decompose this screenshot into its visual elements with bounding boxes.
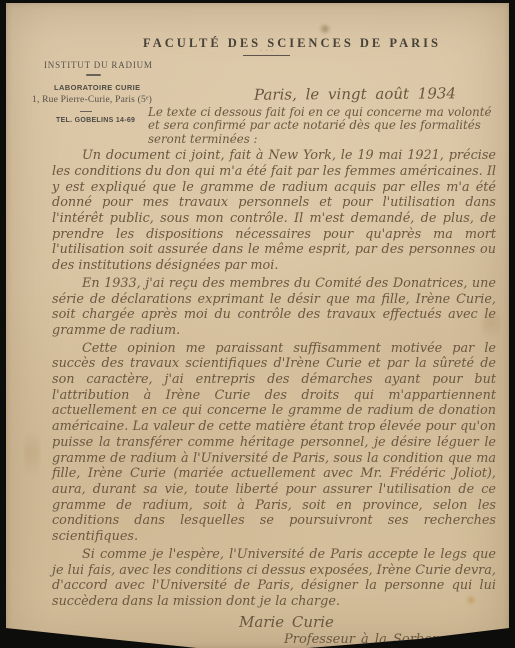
paper-stain — [318, 24, 332, 34]
faculty-title: FACULTÉ DES SCIENCES DE PARIS — [143, 36, 441, 51]
letter-paragraph: Cette opinion me paraissant suffisamment… — [52, 341, 496, 545]
paper-stain — [466, 595, 476, 605]
paper-stain — [24, 423, 40, 483]
paper-stain — [481, 303, 501, 343]
ornament-dots: · · · — [260, 48, 274, 54]
date-line: Paris, le vingt août 1934 — [254, 84, 456, 103]
paper-sheet: FACULTÉ DES SCIENCES DE PARIS · · · INST… — [6, 3, 509, 648]
laboratory-address: 1, Rue Pierre-Curie, Paris (5ᵉ) — [32, 95, 152, 105]
institute-name: INSTITUT DU RADIUM — [44, 60, 153, 70]
laboratory-name: LABORATOIRE CURIE — [54, 83, 141, 92]
letter-paragraph: Un document ci joint, fait à New York, l… — [52, 148, 496, 274]
ornament-rule — [243, 55, 290, 56]
institute-divider — [86, 74, 101, 76]
signature: Marie Curie — [239, 613, 496, 631]
letter-paragraph: En 1933, j'ai reçu des membres du Comité… — [52, 276, 496, 339]
preamble: Le texte ci dessous fait foi en ce qui c… — [148, 106, 496, 146]
signature-role: Professeur à la Sorbonne. — [284, 632, 496, 647]
document-scan: { "letterhead": { "title": "FACULTÉ DES … — [0, 0, 515, 648]
letter-paragraph: Si comme je l'espère, l'Université de Pa… — [52, 547, 496, 610]
title-ornament: · · · — [243, 52, 290, 56]
handwritten-letter: Le texte ci dessous fait foi en ce qui c… — [52, 106, 496, 647]
